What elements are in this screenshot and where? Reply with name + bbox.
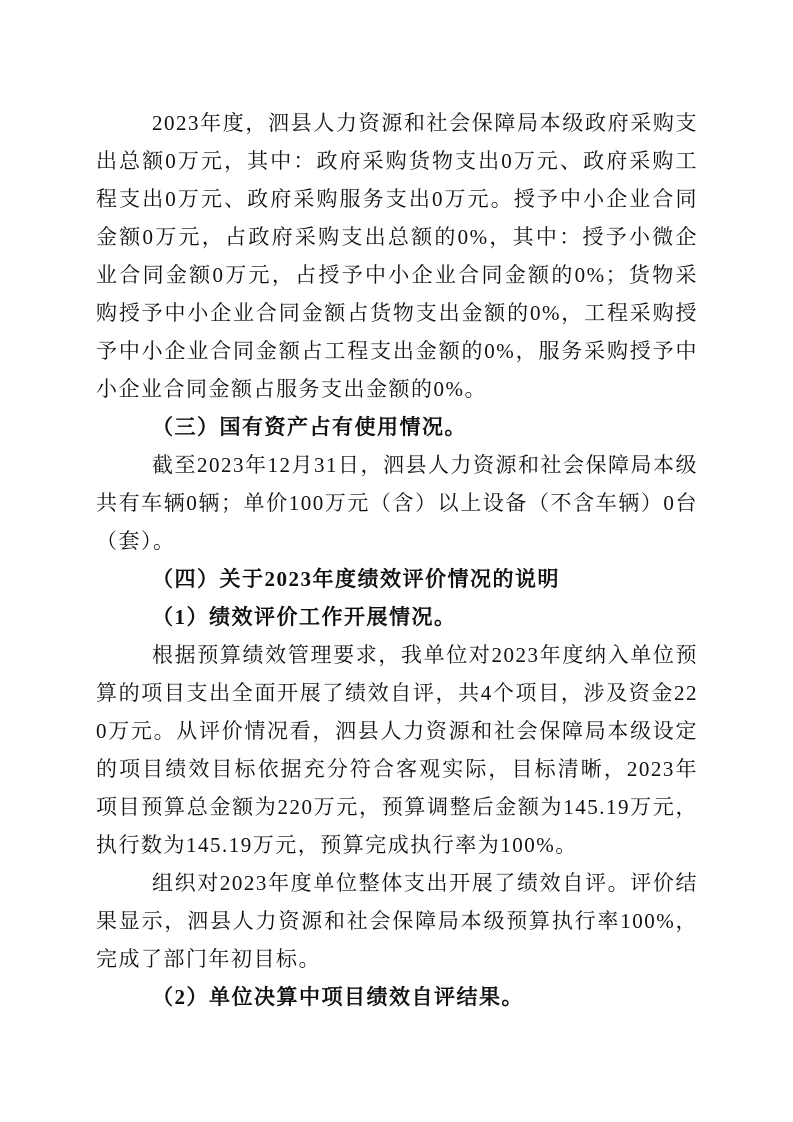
document-body: 2023年度，泗县人力资源和社会保障局本级政府采购支出总额0万元，其中：政府采购…	[96, 104, 698, 1016]
paragraph-government-procurement: 2023年度，泗县人力资源和社会保障局本级政府采购支出总额0万元，其中：政府采购…	[96, 104, 698, 408]
paragraph-overall-expenditure-evaluation: 组织对2023年度单位整体支出开展了绩效自评。评价结果显示，泗县人力资源和社会保…	[96, 864, 698, 978]
heading-subsection-2-self-evaluation-results: （2）单位决算中项目绩效自评结果。	[96, 978, 698, 1016]
heading-section-4-performance-evaluation: （四）关于2023年度绩效评价情况的说明	[96, 560, 698, 598]
heading-section-3-state-assets: （三）国有资产占有使用情况。	[96, 408, 698, 446]
paragraph-project-self-evaluation: 根据预算绩效管理要求，我单位对2023年度纳入单位预算的项目支出全面开展了绩效自…	[96, 636, 698, 864]
document-page: 2023年度，泗县人力资源和社会保障局本级政府采购支出总额0万元，其中：政府采购…	[0, 0, 793, 1122]
heading-subsection-1-evaluation-work: （1）绩效评价工作开展情况。	[96, 598, 698, 636]
paragraph-state-assets-detail: 截至2023年12月31日，泗县人力资源和社会保障局本级共有车辆0辆；单价100…	[96, 446, 698, 560]
